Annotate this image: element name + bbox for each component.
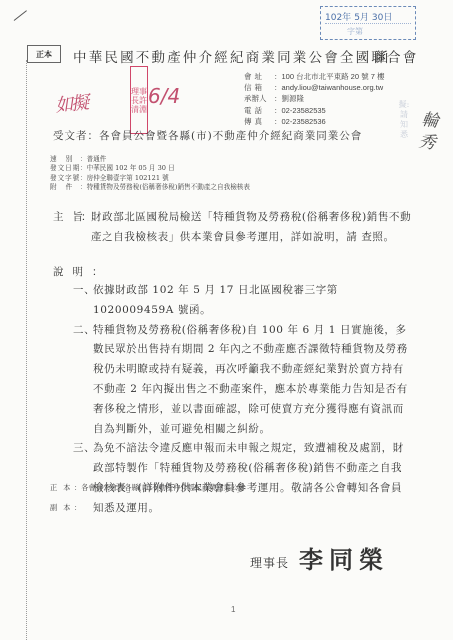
signatory-title: 理事長 [250,554,289,575]
handwritten-date: 6/4 [148,84,180,108]
copy-recipients: 副本： [50,498,245,518]
contact-handler: 承辦人： 劉源隆 [244,93,384,104]
receipt-date-stamp: 102年 5月 30日 字第 [320,6,416,40]
handwritten-approval: 如擬 [54,88,89,117]
stamp-month: 5月 [354,10,369,23]
recipient-label: 受文者 [53,130,88,142]
contact-address: 會址： 100 台北市北平東路 20 號 7 樓 [244,71,384,82]
original-recipients: 正本： 各會員公會暨各縣(市)不動產仲介經紀商業同業公會 [50,478,245,498]
faint-stamp: 擬:請知悉 [398,100,410,140]
meta-urgency: 速別： 普通件 [50,155,250,164]
recipient-value: 各會員公會暨各縣(市)不動產仲介經紀商業同業公會 [99,130,362,142]
explanation-item: 一、 依據財政部 102 年 5 月 17 日北區國稅審三字第 10200094… [73,281,413,321]
explanation-label: 說明： [53,264,112,279]
stamp-year: 102年 [325,10,351,23]
signatory-name: 李同榮 [299,540,389,575]
contact-fax: 傳真： 02-23582536 [244,116,384,127]
stamp-day: 30日 [372,10,392,23]
chairman-seal-stamp: 理事長許清淵 [130,66,148,134]
copy-type-badge: 正本 [27,45,61,63]
meta-doc-number: 發文字號： 房仲全聯壹字第 102121 號 [50,174,250,183]
recipient-line: 受文者：各會員公會暨各縣(市)不動產仲介經紀商業同業公會 [53,128,362,143]
meta-date: 發文日期： 中華民國 102 年 05 月 30 日 [50,164,250,173]
binding-line [26,60,27,640]
organization-title: 中華民國不動產仲介經紀商業同業公會全國聯合會 [73,46,418,66]
document-meta: 速別： 普通件 發文日期： 中華民國 102 年 05 月 30 日 發文字號：… [50,155,250,192]
handwritten-signature: 輪秀 [417,109,445,156]
signature-block: 理事長 李同榮 [250,540,389,575]
subject-text: 財政部北區國稅局檢送「特種貨物及勞務稅(俗稱奢侈稅)銷售不動產之自我檢核表」供本… [91,207,413,247]
stamp-bottom-text: 字第 [347,26,363,37]
page-number: 1 [231,605,235,614]
pen-mark [14,10,27,21]
document-type: 函 [375,46,389,66]
distribution-list: 正本： 各會員公會暨各縣(市)不動產仲介經紀商業同業公會 副本： [50,478,245,518]
subject-section: 主旨： 財政部北區國稅局檢送「特種貨物及勞務稅(俗稱奢侈稅)銷售不動產之自我檢核… [53,207,413,247]
meta-attachment: 附件： 特種貨物及勞務稅(俗稱奢侈稅)銷售不動產之自我檢核表 [50,183,250,192]
contact-block: 會址： 100 台北市北平東路 20 號 7 樓 信箱： andy.liou@t… [244,71,384,127]
document-page: 102年 5月 30日 字第 正本 中華民國不動產仲介經紀商業同業公會全國聯合會… [0,0,453,640]
explanation-item: 二、 特種貨物及勞務稅(俗稱奢侈稅)自 100 年 6 月 1 日實施後，多數民… [73,321,413,440]
contact-email: 信箱： andy.liou@taiwanhouse.org.tw [244,82,384,93]
contact-phone: 電話： 02-23582535 [244,105,384,116]
